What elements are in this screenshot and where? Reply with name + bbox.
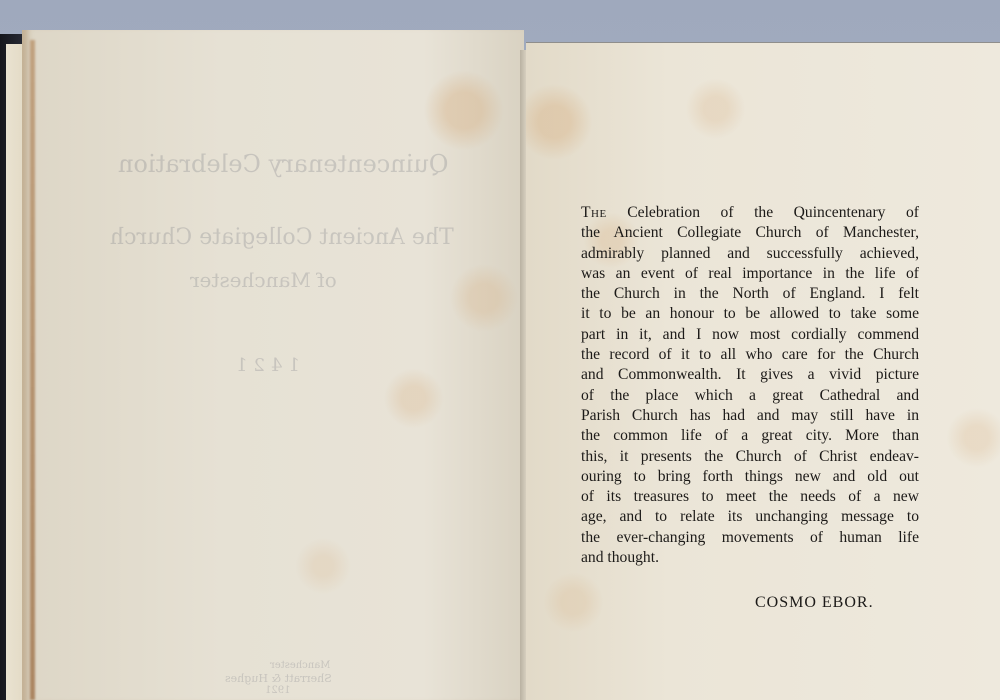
text-line: the Ancient Collegiate Church of Manches… <box>581 223 919 243</box>
bleed-through-title: Quincentenary Celebration <box>118 150 448 178</box>
text-line: the Church in the North of England. I fe… <box>581 284 919 304</box>
text-line: and thought. <box>581 548 919 568</box>
text-line: The Celebration of the Quincentenary of <box>581 203 919 223</box>
text-line: part in it, and I now most cordially com… <box>581 325 919 345</box>
bleed-through-publisher: Sherratt & Hughes <box>225 672 332 685</box>
bleed-through-subtitle-2: of Manchester <box>190 268 337 292</box>
bleed-through-year: 1921 <box>265 685 290 696</box>
text-line: ouring to bring forth things new and old… <box>581 467 919 487</box>
opening-smallcaps: The <box>581 204 607 221</box>
text-line: admirably planned and successfully achie… <box>581 244 919 264</box>
text-line: of the place which a great Cathedral and <box>581 386 919 406</box>
text-line: the record of it to all who care for the… <box>581 345 919 365</box>
text-line: age, and to relate its unchanging messag… <box>581 507 919 527</box>
text-line: this, it presents the Church of Christ e… <box>581 447 919 467</box>
signature: COSMO EBOR. <box>755 594 874 612</box>
text-line: and Commonwealth. It gives a vivid pictu… <box>581 365 919 385</box>
text-line: the ever-changing movements of human lif… <box>581 528 919 548</box>
bleed-through-place: Manchester <box>270 660 330 671</box>
bleed-through-subtitle: The Ancient Collegiate Church <box>110 225 454 250</box>
text-line: was an event of real importance in the l… <box>581 264 919 284</box>
book-photo: Quincentenary Celebration The Ancient Co… <box>0 0 1000 700</box>
text-line: it to be an honour to be allowed to take… <box>581 304 919 324</box>
text-line: the common life of a great city. More th… <box>581 426 919 446</box>
text-line: of its treasures to meet the needs of a … <box>581 487 919 507</box>
bleed-through-date: 1421 <box>230 355 300 376</box>
foreword-text: The Celebration of the Quincentenary of … <box>581 203 919 568</box>
text-line: Parish Church has had and may still have… <box>581 406 919 426</box>
